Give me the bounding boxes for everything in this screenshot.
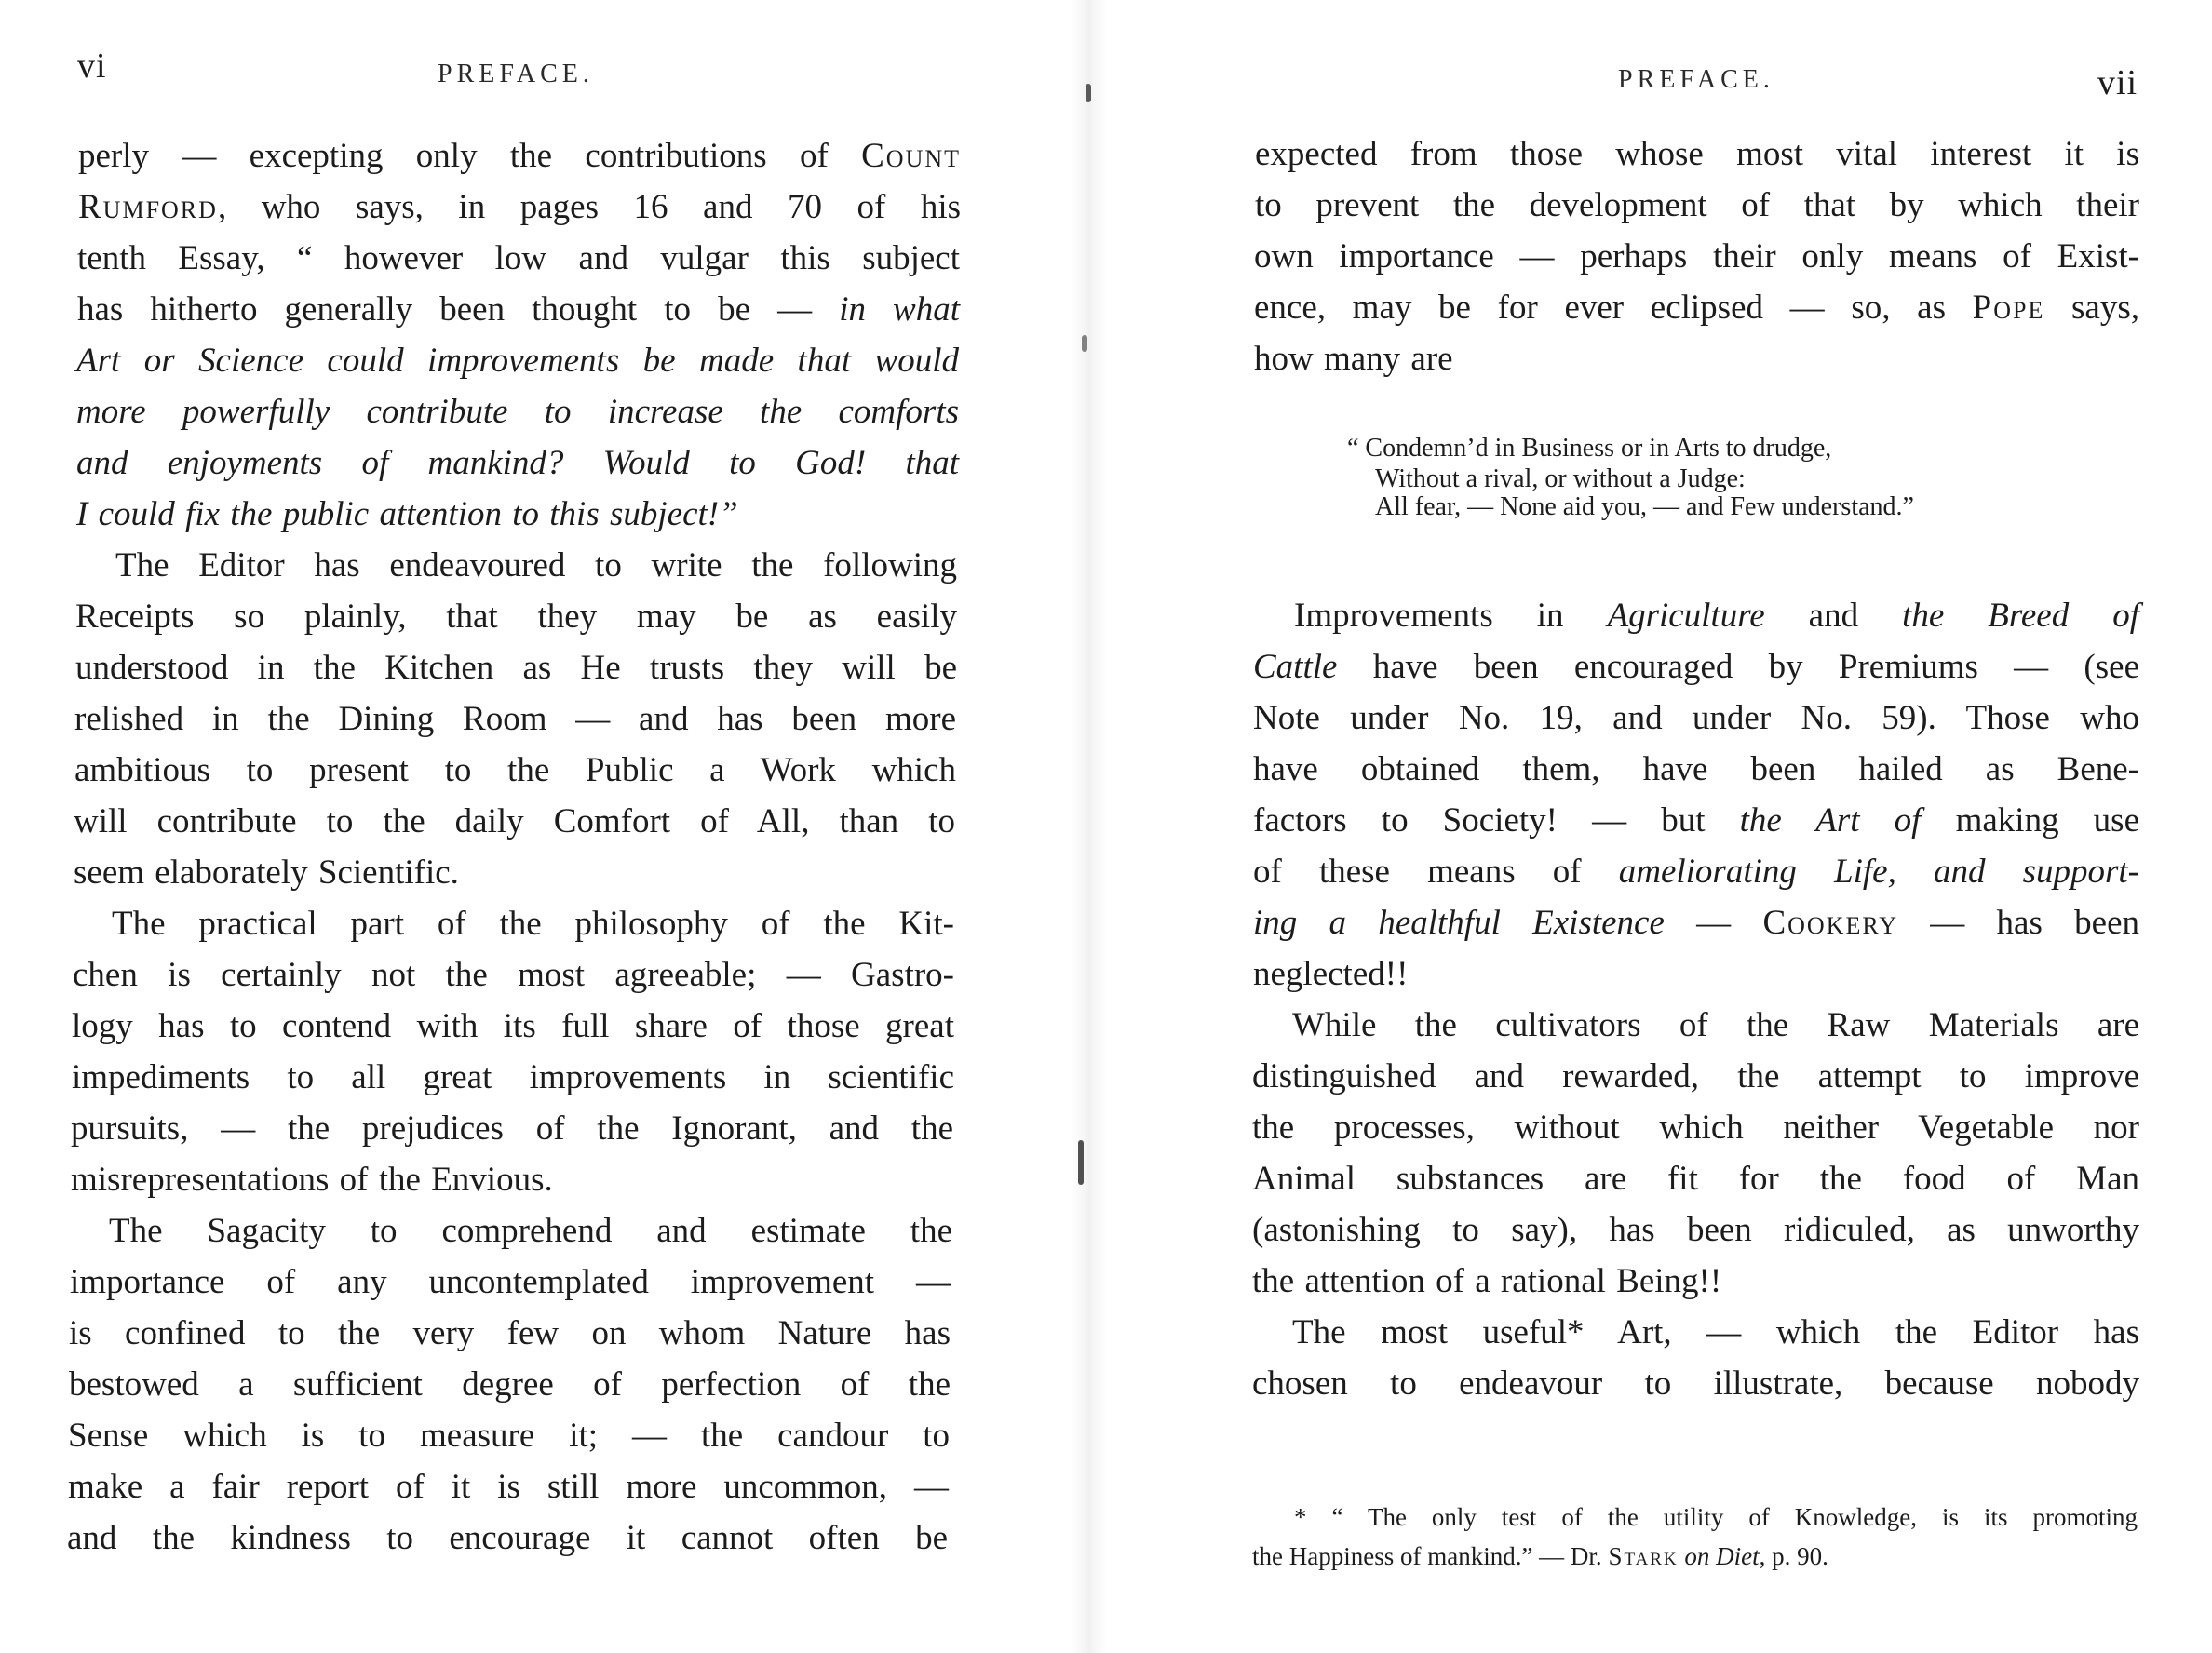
text-line: the attention of a rational Being!!: [1252, 1261, 1820, 1302]
text-line: how many are: [1254, 339, 1496, 380]
text-line: distinguished and rewarded, the attempt …: [1252, 1056, 2139, 1097]
text-line: Animal substances are fit for the food o…: [1252, 1159, 2139, 1200]
verse-line: All fear, — None aid you, — and Few unde…: [1375, 492, 1914, 522]
text-line: to prevent the development of that by wh…: [1255, 185, 2139, 226]
text-line: own importance — perhaps their only mean…: [1254, 236, 2139, 277]
footnote-line: the Happiness of mankind.” — Dr. Stark o…: [1252, 1541, 2016, 1571]
text-line: factors to Society! — but the Art of mak…: [1253, 800, 2139, 841]
page-number: vii: [2097, 65, 2138, 101]
text-line: neglected!!: [1253, 954, 1439, 995]
text-line: (astonishing to say), has been ridiculed…: [1252, 1210, 2139, 1251]
text-line: The most useful* Art, — which the Editor…: [1292, 1312, 2139, 1353]
running-head: PREFACE.: [1618, 67, 1774, 93]
text-line: ing a healthful Existence — Cookery — ha…: [1253, 903, 2139, 944]
verse-line: “ Condemn’d in Business or in Arts to dr…: [1347, 434, 1831, 464]
text-line: Improvements in Agriculture and the Bree…: [1294, 596, 2139, 637]
text-line: of these means of ameliorating Life, and…: [1253, 852, 2139, 893]
text-line: expected from those whose most vital int…: [1255, 134, 2139, 175]
text-line: While the cultivators of the Raw Materia…: [1292, 1005, 2139, 1046]
text-line: Note under No. 19, and under No. 59). Th…: [1253, 698, 2139, 739]
text-line: the processes, without which neither Veg…: [1252, 1108, 2139, 1149]
verse-line: Without a rival, or without a Judge:: [1375, 464, 1746, 494]
footnote-line: * “ The only test of the utility of Know…: [1294, 1502, 2138, 1532]
right-page: PREFACE. vii expected from those whose m…: [0, 0, 1123, 1653]
text-line: Cattle have been encouraged by Premiums …: [1253, 647, 2139, 688]
text-line: chosen to endeavour to illustrate, becau…: [1252, 1364, 2139, 1404]
text-line: have obtained them, have been hailed as …: [1253, 749, 2139, 790]
text-line: ence, may be for ever eclipsed — so, as …: [1254, 288, 2139, 329]
